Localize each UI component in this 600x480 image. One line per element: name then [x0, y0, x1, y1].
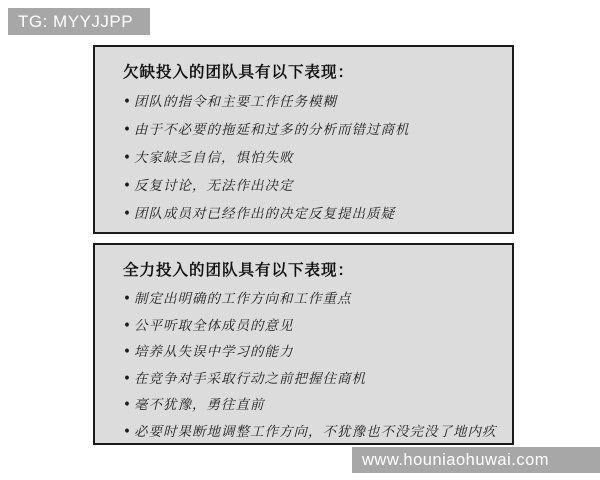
bullet-list: 制定出明确的工作方向和工作重点公平听取全体成员的意见培养从失误中学习的能力在竞争… — [123, 286, 498, 445]
list-item: 由于不必要的拖延和过多的分析而错过商机 — [123, 116, 498, 144]
list-item: 大家缺乏自信，惧怕失败 — [123, 144, 498, 172]
panel-title: 欠缺投入的团队具有以下表现： — [123, 60, 498, 82]
bullet-list: 团队的指令和主要工作任务模糊由于不必要的拖延和过多的分析而错过商机大家缺乏自信，… — [123, 88, 498, 228]
list-item: 团队成员对已经作出的决定反复提出质疑 — [123, 200, 498, 228]
panel-title: 全力投入的团队具有以下表现： — [123, 258, 498, 280]
list-item: 必要时果断地调整工作方向，不犹豫也不没完没了地内疚 — [123, 419, 498, 446]
panel-uncommitted-team: 欠缺投入的团队具有以下表现： 团队的指令和主要工作任务模糊由于不必要的拖延和过多… — [93, 45, 514, 234]
slide-page: TG: MYYJJPP 欠缺投入的团队具有以下表现： 团队的指令和主要工作任务模… — [0, 0, 600, 480]
tg-watermark-badge: TG: MYYJJPP — [8, 8, 150, 35]
list-item: 公平听取全体成员的意见 — [123, 313, 498, 340]
list-item: 团队的指令和主要工作任务模糊 — [123, 88, 498, 116]
list-item: 反复讨论，无法作出决定 — [123, 172, 498, 200]
website-watermark: www.houniaohuwai.com — [352, 447, 600, 473]
list-item: 培养从失误中学习的能力 — [123, 339, 498, 366]
panel-committed-team: 全力投入的团队具有以下表现： 制定出明确的工作方向和工作重点公平听取全体成员的意… — [93, 243, 514, 445]
list-item: 在竞争对手采取行动之前把握住商机 — [123, 366, 498, 393]
list-item: 制定出明确的工作方向和工作重点 — [123, 286, 498, 313]
list-item: 毫不犹豫，勇往直前 — [123, 392, 498, 419]
